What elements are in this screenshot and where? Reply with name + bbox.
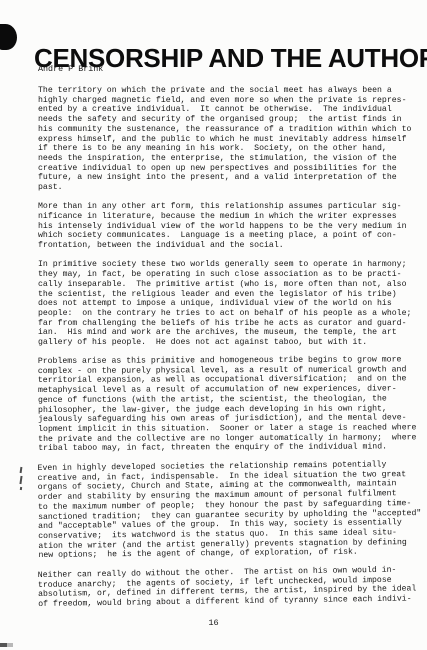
article-body: The territory on which the private and t…	[38, 86, 424, 619]
scan-artifact-blob	[0, 24, 17, 50]
scan-artifact-margin-marks	[19, 467, 23, 493]
author-byline: Andre P Brink	[38, 64, 103, 74]
scanned-document-page: CENSORSHIP AND THE AUTHOR Andre P Brink …	[0, 0, 427, 650]
paragraph: The territory on which the private and t…	[38, 86, 424, 193]
paragraph: In primitive society these two worlds ge…	[38, 260, 424, 347]
paragraph: Problems arise as this primitive and hom…	[38, 356, 424, 455]
paragraph: Neither can really do without the other.…	[38, 565, 425, 610]
page-number: 16	[0, 618, 427, 628]
paragraph: Even in highly developed societies the r…	[37, 460, 424, 561]
scan-artifact-bottom-dash	[0, 643, 13, 647]
paragraph: More than in any other art form, this re…	[38, 202, 424, 251]
